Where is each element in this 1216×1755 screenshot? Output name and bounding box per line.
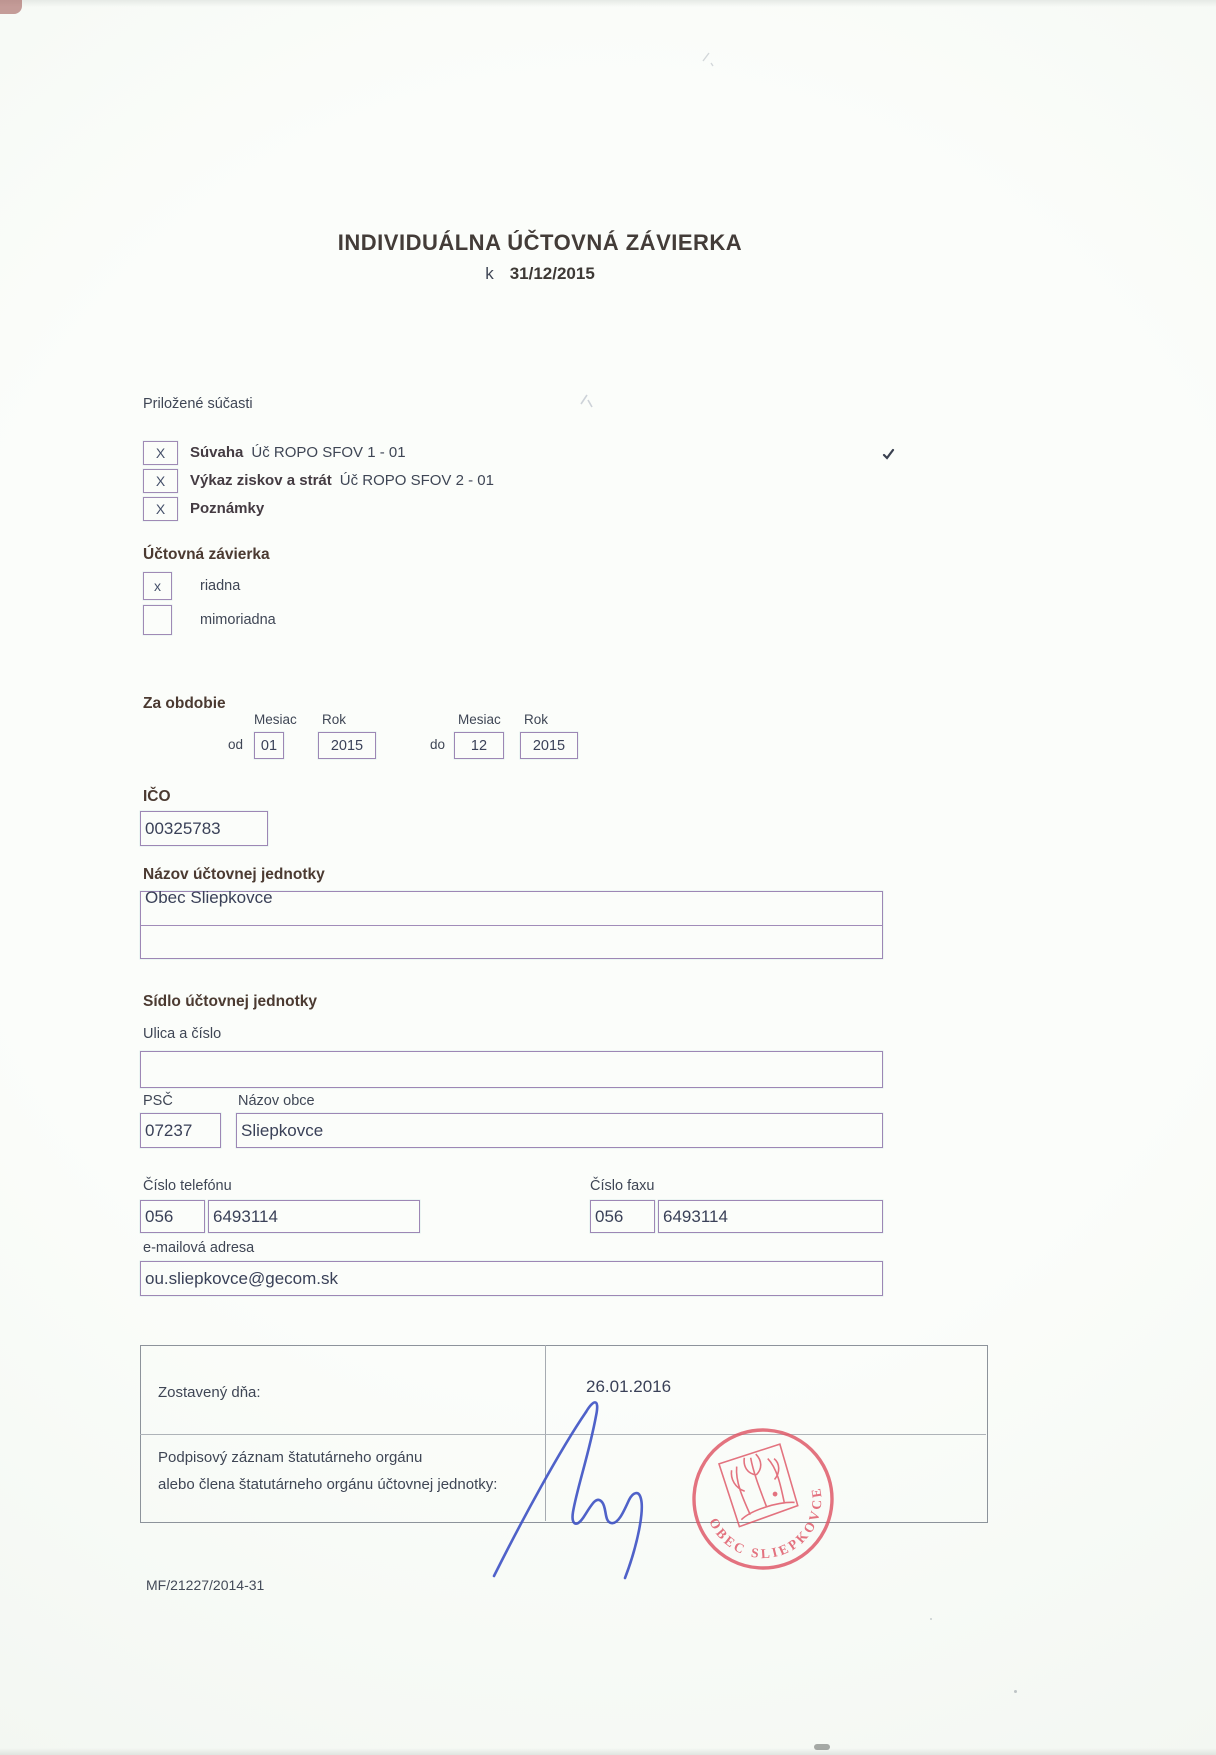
period-from-year-value: 2015 [319,738,375,754]
attachment-label-bold: Výkaz ziskov a strát [190,472,332,489]
checkbox-poznamky-mark: X [156,501,165,517]
scan-artifact-dot [1014,1690,1017,1693]
scan-edge-bottom [0,1748,1216,1755]
fax-prefix-value: 056 [595,1207,623,1227]
period-year-label-from: Rok [322,712,346,727]
zip-field: 07237 [140,1113,221,1148]
scan-artifact-tick [882,448,895,461]
entity-name-label: Názov účtovnej jednotky [143,866,325,884]
scan-artifact-dot-2 [930,1618,932,1620]
checkbox-suvaha: X [143,441,178,465]
phone-prefix-value: 056 [145,1207,173,1227]
checkbox-suvaha-mark: X [156,445,165,461]
form-reference: MF/21227/2014-31 [146,1577,264,1593]
period-to-month-value: 12 [455,738,503,754]
attachment-label-bold: Poznámky [190,500,264,517]
stamp-coat-of-arms [719,1444,800,1527]
attachment-row-suvaha: SúvahaÚč ROPO SFOV 1 - 01 [190,442,406,464]
attachments-heading: Priložené súčasti [143,396,253,412]
entity-name-field: Obec Sliepkovce [140,891,883,959]
subtitle-prefix: k [485,264,494,283]
zip-value: 07237 [145,1121,192,1141]
email-field: ou.sliepkovce@gecom.sk [140,1261,883,1296]
fax-label: Číslo faxu [590,1178,654,1194]
period-month-label-to: Mesiac [458,712,501,727]
period-month-label-from: Mesiac [254,712,297,727]
attachment-row-poznamky: Poznámky [190,498,264,520]
entity-name-line1: Obec Sliepkovce [145,888,273,908]
checkbox-vykaz: X [143,469,178,493]
scan-artifact-smudge [814,1744,830,1750]
period-from-month-field: 01 [254,732,284,759]
scan-artifact-corner [0,0,22,14]
ico-label: IČO [143,788,171,806]
checkbox-riadna: x [143,572,172,600]
ico-field: 00325783 [140,811,268,846]
stamp-text: OBEC SLIEPKOVCE [705,1482,840,1577]
checkbox-vykaz-mark: X [156,473,165,489]
zip-label: PSČ [143,1093,173,1109]
scan-artifact-pencil-mark [578,392,596,410]
signature-label-line1: Podpisový záznam štatutárneho orgánu [158,1449,422,1466]
signature-label-line2: alebo člena štatutárneho orgánu účtovnej… [158,1476,497,1493]
fax-number-field: 6493114 [658,1200,883,1233]
period-from-label: od [228,737,243,752]
email-label: e-mailová adresa [143,1240,254,1256]
street-field [140,1051,883,1088]
attachment-label-bold: Súvaha [190,444,243,461]
phone-prefix-field: 056 [140,1200,205,1233]
phone-number-value: 6493114 [213,1207,278,1227]
page-title: INDIVIDUÁLNA ÚČTOVNÁ ZÁVIERKA [0,230,1080,256]
phone-number-field: 6493114 [208,1200,420,1233]
subtitle-date: 31/12/2015 [510,264,595,283]
checkbox-mimoriadna [143,605,172,635]
period-to-month-field: 12 [454,732,504,759]
email-value: ou.sliepkovce@gecom.sk [145,1269,338,1289]
attachment-label-rest: Úč ROPO SFOV 1 - 01 [251,444,405,461]
period-to-label: do [430,737,445,752]
phone-label: Číslo telefónu [143,1178,232,1194]
period-from-month-value: 01 [255,738,283,754]
address-heading: Sídlo účtovnej jednotky [143,993,317,1011]
period-heading: Za obdobie [143,695,226,713]
checkbox-riadna-mark: x [154,578,161,594]
attachment-label-rest: Úč ROPO SFOV 2 - 01 [340,472,494,489]
handwritten-signature [488,1392,698,1582]
option-label-riadna: riadna [200,578,240,594]
street-label: Ulica a číslo [143,1026,221,1042]
ico-value: 00325783 [145,819,221,839]
period-to-year-field: 2015 [520,732,578,759]
closing-type-heading: Účtovná závierka [143,546,270,564]
fax-prefix-field: 056 [590,1200,655,1233]
city-field: Sliepkovce [236,1113,883,1148]
scan-artifact-marks [700,50,716,68]
scan-edge-top [0,0,1216,7]
option-label-mimoriadna: mimoriadna [200,612,276,628]
period-to-year-value: 2015 [521,738,577,754]
checkbox-poznamky: X [143,497,178,521]
compiled-date-label: Zostavený dňa: [158,1384,261,1401]
period-year-label-to: Rok [524,712,548,727]
attachment-row-vykaz: Výkaz ziskov a strátÚč ROPO SFOV 2 - 01 [190,470,494,492]
period-from-year-field: 2015 [318,732,376,759]
entity-name-field-divider [141,925,882,926]
city-label: Názov obce [238,1093,315,1109]
fax-number-value: 6493114 [663,1207,728,1227]
svg-text:OBEC SLIEPKOVCE: OBEC SLIEPKOVCE [705,1482,840,1577]
city-value: Sliepkovce [241,1121,323,1141]
